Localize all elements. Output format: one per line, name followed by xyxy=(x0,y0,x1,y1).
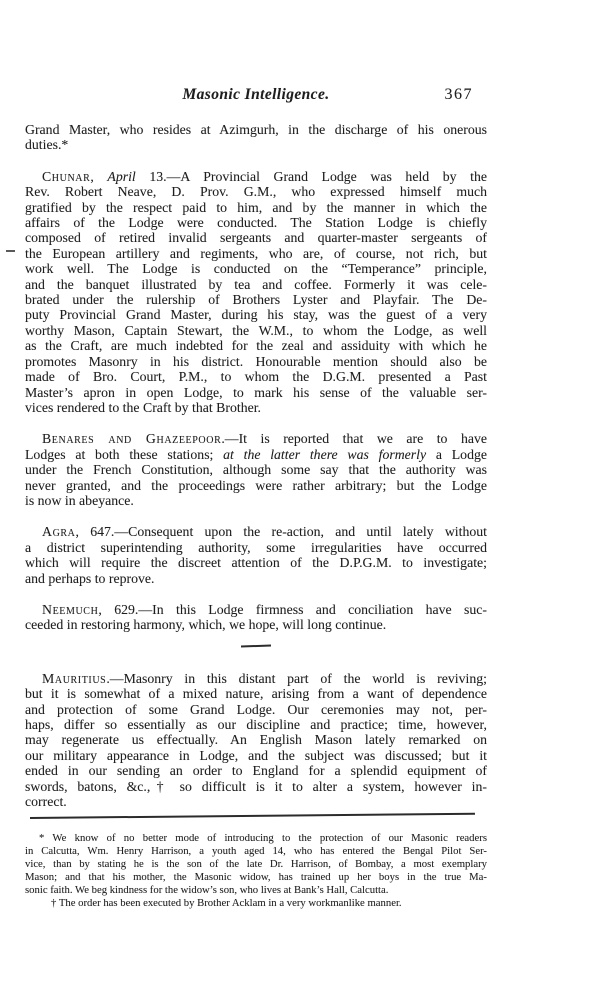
text-line: work well. The Lodge is conducted on the… xyxy=(25,261,487,276)
text-line: brated under the rulership of Brothers L… xyxy=(25,292,487,307)
text-line: our military appearance in Lodge, and th… xyxy=(25,748,487,763)
text-line: and protection of some Grand Lodge. Our … xyxy=(25,702,487,717)
page-header: Masonic Intelligence. 367 xyxy=(25,86,487,106)
text-line: gratified by the respect paid to him, an… xyxy=(25,200,487,215)
small-caps-text: Chunar xyxy=(42,169,90,184)
text-line: under the French Constitution, although … xyxy=(25,462,487,477)
page-content: Masonic Intelligence. 367 Grand Master, … xyxy=(25,0,487,910)
text-line: is now in abeyance. xyxy=(25,493,487,508)
italic-text: April xyxy=(107,169,135,184)
text-line: sonic faith. We beg kindness for the wid… xyxy=(25,884,487,897)
text-line: in Calcutta, Wm. Henry Harrison, a youth… xyxy=(25,845,487,858)
paragraph: Grand Master, who resides at Azimgurh, i… xyxy=(25,122,487,153)
text-line: and the banquet illustrated by tea and c… xyxy=(25,277,487,292)
text-line: * We know of no better mode of introduci… xyxy=(25,832,487,845)
paragraph: Mauritius.—Masonry in this distant part … xyxy=(25,671,487,810)
text-line: may regenerate us effectually. An Englis… xyxy=(25,732,487,747)
section-divider xyxy=(241,644,271,647)
footnote-rule xyxy=(30,813,475,819)
small-caps-text: Neemuch xyxy=(42,602,98,617)
text-line: made of Bro. Court, P.M., to whom the D.… xyxy=(25,369,487,384)
footnotes: * We know of no better mode of introduci… xyxy=(25,832,487,909)
text-line: promotes Masonry in his district. Honour… xyxy=(25,354,487,369)
italic-text: at the latter there was formerly xyxy=(223,447,426,462)
text-line: as the Craft, are much indebted for the … xyxy=(25,338,487,353)
text-line: which will require the discreet attentio… xyxy=(25,555,487,570)
text-line: ceeded in restoring harmony, which, we h… xyxy=(25,617,487,632)
text-line: Lodges at both these stations; at the la… xyxy=(25,447,487,462)
scan-artifact-dash xyxy=(6,250,15,252)
text-line: affairs of the Lodge were conducted. The… xyxy=(25,215,487,230)
text-line: Rev. Robert Neave, D. Prov. G.M., who ex… xyxy=(25,184,487,199)
text-line: vice, than by stating he is the son of t… xyxy=(25,858,487,871)
text-line: worthy Mason, Captain Stewart, the W.M.,… xyxy=(25,323,487,338)
page-title: Masonic Intelligence. xyxy=(25,86,487,104)
text-line: Neemuch, 629.—In this Lodge firmness and… xyxy=(25,602,487,617)
text-line: Mason; and that his mother, the Masonic … xyxy=(25,871,487,884)
text-line: and perhaps to reprove. xyxy=(25,571,487,586)
text-line: duties.* xyxy=(25,137,487,152)
small-caps-text: Mauritius xyxy=(42,671,106,686)
paragraph: † The order has been executed by Brother… xyxy=(25,897,487,910)
text-line: Agra, 647.—Consequent upon the re-action… xyxy=(25,524,487,539)
small-caps-text: Benares and Ghazeepoor xyxy=(42,431,221,446)
text-line: Benares and Ghazeepoor.—It is reported t… xyxy=(25,431,487,446)
text-line: never granted, and the proceedings were … xyxy=(25,478,487,493)
text-line: Chunar, April 13.—A Provincial Grand Lod… xyxy=(25,169,487,184)
paragraph: Chunar, April 13.—A Provincial Grand Lod… xyxy=(25,169,487,416)
text-line: haps, differ so essentially as our disci… xyxy=(25,717,487,732)
paragraph: Agra, 647.—Consequent upon the re-action… xyxy=(25,524,487,586)
paragraph: Benares and Ghazeepoor.—It is reported t… xyxy=(25,431,487,508)
text-line: Grand Master, who resides at Azimgurh, i… xyxy=(25,122,487,137)
text-line: correct. xyxy=(25,794,487,809)
text-line: a district superintending authority, som… xyxy=(25,540,487,555)
paragraph: * We know of no better mode of introduci… xyxy=(25,832,487,897)
text-line: the European artillery and regiments, wh… xyxy=(25,246,487,261)
text-line: swords, batons, &c.,† so difficult is it… xyxy=(25,779,487,794)
paragraph: Neemuch, 629.—In this Lodge firmness and… xyxy=(25,602,487,633)
scanned-page: Masonic Intelligence. 367 Grand Master, … xyxy=(0,0,598,988)
text-line: † The order has been executed by Brother… xyxy=(25,897,487,910)
text-line: vices rendered to the Craft by that Brot… xyxy=(25,400,487,415)
page-number: 367 xyxy=(445,86,474,104)
small-caps-text: Agra xyxy=(42,524,75,539)
text-line: composed of retired invalid sergeants an… xyxy=(25,230,487,245)
text-line: puty Provincial Grand Master, during his… xyxy=(25,307,487,322)
text-line: ended in our sending an order to England… xyxy=(25,763,487,778)
text-line: Master’s apron in open Lodge, to mark hi… xyxy=(25,385,487,400)
page-body: Grand Master, who resides at Azimgurh, i… xyxy=(25,122,487,809)
text-line: Mauritius.—Masonry in this distant part … xyxy=(25,671,487,686)
text-line: but it is somewhat of a mixed nature, ar… xyxy=(25,686,487,701)
